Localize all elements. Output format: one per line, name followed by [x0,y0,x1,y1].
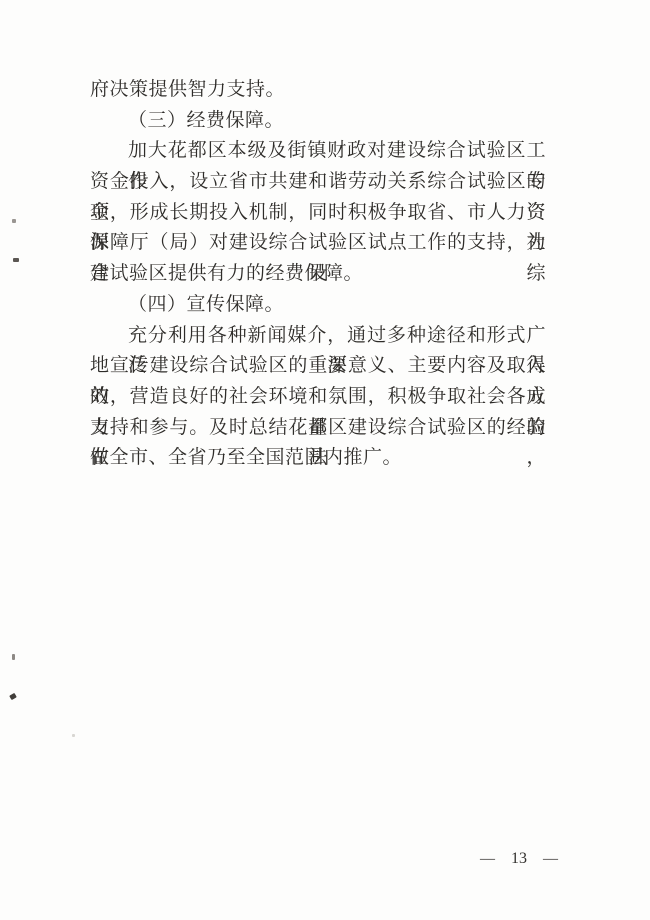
text-line: 资金投入，设立省市共建和谐劳动关系综合试验区专项资 [90,167,546,198]
scan-speck [72,734,75,737]
text-line: 充分利用各种新闻媒介，通过多种途径和形式广泛深入 [90,321,546,352]
text-line: 加大花都区本级及街镇财政对建设综合试验区工作的 [90,136,546,167]
text-line: 金，形成长期投入机制，同时积极争取省、市人力资源社 [90,198,546,229]
section-heading: （三）经费保障。 [90,106,546,137]
section-heading: （四）宣传保障。 [90,290,546,321]
page-number: — 13 — [480,848,558,870]
text-line: 效，营造良好的社会环境和氛围，积极争取社会各方力量的 [90,382,546,413]
scan-speck [12,219,16,223]
scan-speck [12,654,15,660]
text-line: 支持和参与。及时总结花都区建设综合试验区的经验做法， [90,413,546,444]
scanned-document-page: 府决策提供智力支持。 （三）经费保障。 加大花都区本级及街镇财政对建设综合试验区… [0,0,650,920]
scan-speck [13,258,19,262]
scan-speck [9,693,17,700]
document-body: 府决策提供智力支持。 （三）经费保障。 加大花都区本级及街镇财政对建设综合试验区… [90,75,546,474]
page-number-dash-right: — [543,848,558,870]
text-line: 地宣传建设综合试验区的重要意义、主要内容及取得的成 [90,351,546,382]
text-line: 府决策提供智力支持。 [90,75,546,106]
page-number-dash-left: — [480,848,495,870]
page-number-value: 13 [511,848,527,870]
text-line: 保障厅（局）对建设综合试验区试点工作的支持，为建设综 [90,228,546,259]
